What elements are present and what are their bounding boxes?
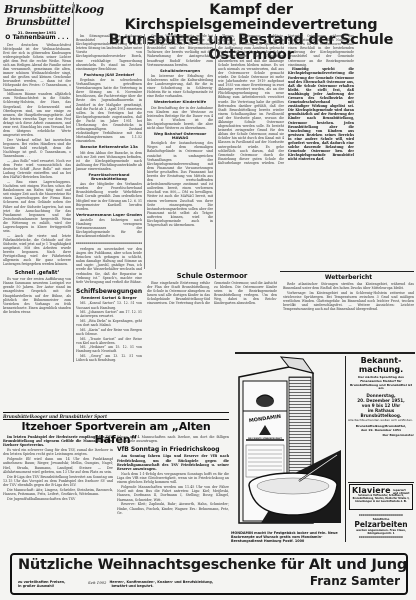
divider-dots: ▪▪▪▪▪▪▪▪▪▪▪▪▪▪▪▪▪▪▪▪▪▪▪▪▪▪▪▪▪▪▪▪▪▪	[76, 241, 142, 245]
paragraph: Nach dem 1:1-Erfolg des vergangenen Sonn…	[117, 472, 229, 485]
paragraph: verlegen zu unverändert vor den Augen de…	[76, 247, 142, 284]
shipping-entry: MS. „Georg“ am 13. 12. 51 von Lübeck nac…	[76, 354, 142, 362]
sport-lead: Im letzten Punktspiel der Herbstserie em…	[3, 435, 113, 448]
kirchspiel-article-body: Im Sitzungssaal des Rathauses Brunsbütte…	[76, 34, 142, 239]
border-dots: ⊠⊠⊠⊠⊠⊠⊠⊠⊠⊠⊠⊠⊠⊠⊠⊠⊠⊠⊠⊠⊠⊠	[348, 535, 414, 539]
column-3: Großen, Wilhelm Adrowitz, wurde bei Berü…	[147, 34, 213, 271]
schule-ostermoor-article: Schule Ostermoor Eine eingehende Erörter…	[147, 272, 277, 350]
paragraph: Im Sitzungssaal des Rathauses Brunsbütte…	[76, 34, 142, 71]
paragraph: Die Jugendfußballmannschaften des TSV	[3, 497, 113, 501]
sport-column-1: Im letzten Punktspiel der Herbstserie em…	[3, 435, 113, 547]
shipping-entry: MS. „Johannes Sartori“ am 17. 12. 51 in …	[76, 310, 142, 318]
divider-rule	[235, 352, 415, 354]
vfb-lead: Am Sonntag fahren Liga und Reserve der V…	[117, 454, 229, 471]
paragraph: — „Aus Bollo“ wird erwartet. Noch vor de…	[3, 159, 71, 179]
column-4: Thoren, Ostermoor, erklärte, eingehend m…	[218, 34, 354, 271]
banner-bottom-row: zu vorteilhaften Preisen, in großer Ausw…	[18, 575, 400, 588]
banner-title: Nützliche Weihnachtsgeschenke für Alt un…	[18, 557, 400, 574]
notice-place-2: Brunsbüttelkoog.	[348, 413, 414, 418]
masthead-row-2: Brunsbüttel	[4, 17, 70, 28]
column-1: O Tannenbaum . . . Der deutschen Weihnac…	[3, 34, 71, 364]
demand-paragraph: Einmütig spricht die Kirchspielsgemeinde…	[288, 67, 354, 161]
banner-mid-line-2: bewährt und beguhrt.	[109, 584, 213, 588]
shipping-entry: MS. „Konsul Sartori“ 13. 12. 51 von Vuos…	[76, 301, 142, 309]
subheading: Baracke Reitzenstraße 13a	[76, 145, 142, 149]
notice-note: Alle Rechtsuchenden wollen sich einfinde…	[348, 419, 414, 423]
schule-ostermoor-body: Eine eingehende Erörterung erfuhr der Pl…	[147, 281, 277, 341]
shipping-entry: MS. „Karin“ auf der Reise von Bergen nac…	[76, 328, 142, 336]
klaviere-ad: Klaviere repariert und stimmt Sehmann & …	[349, 484, 413, 510]
paragraph: Rede atlantischer Störungen streifen das…	[283, 282, 414, 290]
article-title-schnell-gefasst: Schnell ‚gefaßt‘	[3, 270, 71, 276]
mondamin-illustration	[231, 355, 341, 525]
paragraph: Es wird ein schwerer Gang für den TSV, z…	[3, 448, 113, 456]
sport-column-2: fahren mit 4 Mannschaften nach Itzehoe, …	[117, 435, 229, 547]
notice-signature: Der Bürgermeister	[348, 433, 414, 437]
shipping-subtitle: Reederei Sartori & Berger	[76, 295, 142, 300]
paragraph: Aus der Mitglieder des Verbandes wurden …	[76, 182, 142, 211]
paragraph: Der deutschen Weihnachtsfest Mittelpunkt…	[3, 43, 71, 92]
schnell-gefasst-continued: verlegen zu unverändert vor den Augen de…	[76, 247, 142, 284]
klaviere-text: Sehmann & Hoffmeister, Schaffsee 9, Brun…	[352, 495, 410, 503]
mondamin-caption: MONDAMIN macht Ihr Festgebäck locker und…	[231, 531, 341, 544]
paragraph: Der Verkauf selbst hat inzwischen begonn…	[3, 138, 71, 158]
shipping-entry: MS. „Rita Dirks“ in Kopenhagen, geht von…	[76, 319, 142, 327]
paragraph: Anstelle des bisherigen nach Hamburg ver…	[76, 218, 142, 238]
article-body-schnell-gefasst: Es war vor der ersten Aufführung von Han…	[3, 277, 71, 314]
paragraph: Die B-Liga des TSV Brunsbüttelkoog bestr…	[3, 475, 113, 488]
kirchspiel-article-col3: Großen, Wilhelm Adrowitz, wurde bei Berü…	[147, 34, 213, 271]
masthead-title-1: Brunsbüttelkoog	[4, 3, 70, 16]
paragraph: Reserve: Kleit; Zaplinski, Bahr; Ainwort…	[117, 502, 229, 515]
shipping-list: MS. „Konsul Sartori“ 13. 12. 51 von Vuos…	[76, 301, 142, 362]
subheading: Vertrauensmann Lager Groden	[76, 213, 142, 217]
banner-company: Franz Samter	[310, 575, 400, 588]
paragraph: Folgende Elf wird dann um 14 Uhr den Pun…	[3, 457, 113, 474]
notice-intro: Der nächste Sprechtag des Finanzamtes Me…	[348, 376, 414, 391]
paragraph: Millionen Bäume wandern alljährlich zum …	[3, 92, 71, 137]
weather-title: Wetterbericht	[283, 274, 414, 281]
samter-banner-ad: Nützliche Weihnachtsgeschenke für Alt un…	[10, 553, 408, 595]
headline-line-1: Kampf der Kirchspielsgemeindevertretung	[88, 3, 414, 33]
subheading: Westerbeker Kinderhilfe	[147, 100, 213, 104]
paragraph: Folgende Mannschaften werden um 11.45 Uh…	[117, 485, 229, 502]
subheading: Feuerlöschverband Brunsbüttelkoog	[76, 173, 142, 181]
paragraph: Die Mannschaft: Aitz; Lingess, Schröder,…	[3, 488, 113, 496]
bekanntmachung-notice: Bekannt- machung. Der nächste Sprechtag …	[348, 357, 414, 483]
vfb-headline: VfB Sonntag in Friedrichskoog	[117, 446, 229, 453]
sport-body: Im letzten Punktspiel der Herbstserie em…	[3, 435, 113, 502]
subheading: Schulkindersorgen	[147, 69, 213, 73]
column-rule	[215, 34, 216, 269]
masthead-title-2: Brunsbüttel	[6, 17, 70, 28]
schule-ostermoor-title: Schule Ostermoor	[147, 272, 277, 280]
paragraph: — Bau eines Lagerschuppens. Nachdem seit…	[3, 180, 71, 233]
divider-rule	[280, 271, 414, 272]
paragraph: Mit dem Abbau der Baracke, in dem sich z…	[76, 151, 142, 171]
banner-left-line-2: in großer Auswahl!	[18, 584, 88, 588]
kirchspiel-article-col4: Thoren, Ostermoor, erklärte, eingehend m…	[218, 34, 354, 271]
paragraph: Die Beschaffung der in der Aufnahme von …	[147, 106, 213, 131]
sport-col2-top: fahren mit 4 Mannschaften nach Itzehoe, …	[117, 435, 229, 443]
mondamin-ad: MONDAMIN DIE FEINSTE STÄRKEPRODUKT MONDA…	[231, 355, 341, 545]
column-rule	[144, 34, 145, 269]
sport-section-header: Brunsbüttelkooger und Brunsbütteler Spor…	[3, 412, 229, 420]
notice-title-2: machung.	[348, 366, 414, 375]
subheading: Pachtung J&W Zentdorf	[76, 73, 142, 77]
weather-report: Wetterbericht Rede atlantischer Störunge…	[283, 274, 414, 350]
vfb-body: Am Sonntag fahren Liga und Reserve der V…	[117, 454, 229, 515]
article-body-tannenbaum: Der deutschen Weihnachtsfest Mittelpunkt…	[3, 43, 71, 268]
column-rule	[73, 2, 74, 362]
paragraph: Ergebnis der in schwebenden Verhandlunge…	[76, 78, 142, 144]
column-rule	[345, 356, 346, 542]
banner-since: Seit 1902	[88, 580, 106, 585]
pelz-title: Pelzarbeiten	[348, 521, 414, 529]
paragraph: Großen, Wilhelm Adrowitz, wurde bei Berü…	[147, 34, 213, 67]
sport-section-title: Brunsbüttelkooger und Brunsbütteler Spor…	[3, 414, 229, 419]
paragraph: Vorhersage: Im Küstengebiet und in Schle…	[283, 291, 414, 311]
masthead: Brunsbüttelkoog Brunsbüttel 21. Dezember…	[4, 3, 70, 35]
paragraph: Bezüglich der Instandsetzung des Weges a…	[147, 141, 213, 227]
pelzarbeiten-ad: ⊠⊠⊠⊠⊠⊠⊠⊠⊠⊠⊠⊠⊠⊠⊠⊠⊠⊠⊠⊠⊠⊠ Sämtliche Pelzarb…	[348, 513, 414, 543]
shipping-title: Schiffsbewegungen	[76, 288, 142, 295]
column-2: Im Sitzungssaal des Rathauses Brunsbütte…	[76, 34, 142, 374]
banner-middle: Seit 1902 Herren-, Konfirmanden-, Knaben…	[88, 580, 310, 588]
divider-rule	[348, 482, 414, 483]
paragraph: Eine eingehende Erörterung erfuhr der Pl…	[147, 281, 277, 306]
paragraph: Im Interesse der Erhaltung des Schulwese…	[147, 74, 213, 99]
shipping-entry: MS. „Heikiner“ am 15. 12. 51 von Hamburg…	[76, 345, 142, 353]
notice-date: 20. Dezember 1951,	[348, 398, 414, 403]
article-title-tannenbaum: O Tannenbaum . . .	[3, 34, 71, 41]
paragraph: — Auch die vierte und letzte Fährlandebr…	[3, 234, 71, 267]
mondamin-box-text: DIE FEINSTE STÄRKEPRODUKT	[244, 438, 286, 440]
paragraph: Es war vor der ersten Aufführung von Han…	[3, 277, 71, 314]
notice-signature-date: den 19. Dezember 1951	[348, 428, 414, 432]
weather-body: Rede atlantischer Störungen streifen das…	[283, 282, 414, 312]
shipping-entry: MS. „Traute Sartori“ auf der Reise von K…	[76, 337, 142, 345]
subheading: Weg Bahnhof Ostermoor MAWAG	[147, 132, 213, 140]
banner-left: zu vorteilhaften Preisen, in großer Ausw…	[18, 580, 88, 588]
